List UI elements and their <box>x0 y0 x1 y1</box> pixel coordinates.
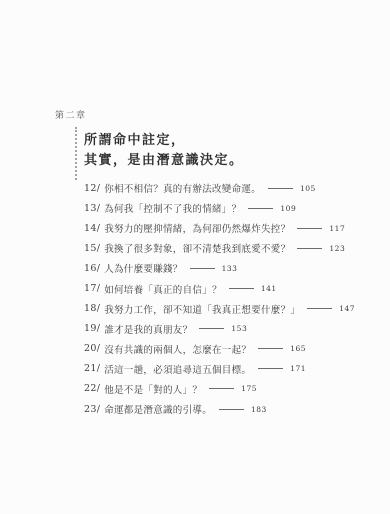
toc-item-number: 20/ <box>84 343 100 354</box>
toc-item: 19/ 誰才是我的真朋友？ 153 <box>84 319 355 339</box>
toc-item-leader-line <box>219 409 244 410</box>
toc-item-number: 15/ <box>84 243 100 254</box>
toc-item-leader-line <box>297 248 322 249</box>
toc-item-number: 23/ <box>84 404 100 415</box>
toc-item-number: 18/ <box>84 303 100 314</box>
chapter-title-line1: 所謂命中註定， <box>84 131 244 151</box>
toc-item-page-number: 175 <box>241 384 257 393</box>
chapter-title-line2: 其實，是由潛意識決定。 <box>84 151 244 171</box>
toc-item-leader-line <box>248 208 273 209</box>
toc-item-number: 21/ <box>84 363 100 374</box>
toc-item-title: 為何我「控制不了我的情緒」？ <box>104 201 241 215</box>
toc-item-title: 我換了很多對象，卻不清楚我到底愛不愛？ <box>104 241 290 255</box>
toc-item-leader-line <box>258 348 283 349</box>
toc-item-title: 他是不是「對的人」？ <box>104 382 202 396</box>
toc-item-leader-line <box>190 268 215 269</box>
toc-item-number: 12/ <box>84 183 100 194</box>
toc-item-page-number: 165 <box>290 344 306 353</box>
toc-item-page-number: 171 <box>290 364 306 373</box>
toc-item-leader-line <box>268 188 293 189</box>
toc-item-page-number: 133 <box>222 264 238 273</box>
toc-item-leader-line <box>297 228 322 229</box>
toc-item-page-number: 141 <box>261 284 277 293</box>
toc-item-title: 活這一趟，必須追尋這五個目標。 <box>104 362 251 376</box>
toc-item-leader-line <box>307 308 332 309</box>
toc-item-leader-line <box>199 328 224 329</box>
dotted-divider <box>75 127 77 180</box>
toc-item-number: 14/ <box>84 223 100 234</box>
toc-item-number: 19/ <box>84 323 100 334</box>
toc-item-title: 我努力工作，卻不知道「我真正想要什麼？」 <box>104 302 300 316</box>
toc-item-leader-line <box>258 368 283 369</box>
toc-item-number: 13/ <box>84 203 100 214</box>
toc-item-title: 我努力的壓抑情緒，為何卻仍然爆炸失控？ <box>104 221 290 235</box>
toc-item-leader-line <box>229 288 254 289</box>
book-toc-page: 第二章 所謂命中註定， 其實，是由潛意識決定。 12/ 你相不相信？真的有辦法改… <box>0 0 390 514</box>
chapter-title: 所謂命中註定， 其實，是由潛意識決定。 <box>84 131 244 171</box>
toc-item: 15/ 我換了很多對象，卻不清楚我到底愛不愛？ 123 <box>84 238 355 258</box>
toc-item-number: 22/ <box>84 383 100 394</box>
toc-item-title: 人為什麼要賺錢？ <box>104 261 182 275</box>
toc-item-page-number: 117 <box>329 224 345 233</box>
toc-item-title: 命運都是潛意識的引導。 <box>104 402 212 416</box>
toc-item-page-number: 123 <box>329 244 345 253</box>
toc-item-page-number: 183 <box>251 405 267 414</box>
chapter-label: 第二章 <box>55 111 87 122</box>
toc-item-number: 16/ <box>84 263 100 274</box>
toc-item-page-number: 105 <box>300 184 316 193</box>
toc-item-page-number: 153 <box>231 324 247 333</box>
toc-item-title: 如何培養「真正的自信」？ <box>104 282 222 296</box>
toc-item: 17/ 如何培養「真正的自信」？ 141 <box>84 278 355 298</box>
toc-item: 21/ 活這一趟，必須追尋這五個目標。 171 <box>84 359 355 379</box>
toc-item-page-number: 147 <box>339 304 355 313</box>
toc-item: 20/ 沒有共識的兩個人，怎麼在一起？ 165 <box>84 339 355 359</box>
toc-item: 22/ 他是不是「對的人」？ 175 <box>84 379 355 399</box>
toc-item-number: 17/ <box>84 283 100 294</box>
toc-item: 12/ 你相不相信？真的有辦法改變命運。 105 <box>84 178 355 198</box>
toc-item: 18/ 我努力工作，卻不知道「我真正想要什麼？」 147 <box>84 299 355 319</box>
toc-item: 23/ 命運都是潛意識的引導。 183 <box>84 399 355 419</box>
toc-item-title: 你相不相信？真的有辦法改變命運。 <box>104 181 261 195</box>
toc-item: 14/ 我努力的壓抑情緒，為何卻仍然爆炸失控？ 117 <box>84 218 355 238</box>
toc-item-title: 沒有共識的兩個人，怎麼在一起？ <box>104 342 251 356</box>
toc-list: 12/ 你相不相信？真的有辦法改變命運。 105 13/ 為何我「控制不了我的情… <box>84 178 355 419</box>
toc-item-leader-line <box>209 388 234 389</box>
toc-item: 16/ 人為什麼要賺錢？ 133 <box>84 258 355 278</box>
toc-item-page-number: 109 <box>280 204 296 213</box>
toc-item-title: 誰才是我的真朋友？ <box>104 322 192 336</box>
toc-item: 13/ 為何我「控制不了我的情緒」？ 109 <box>84 198 355 218</box>
